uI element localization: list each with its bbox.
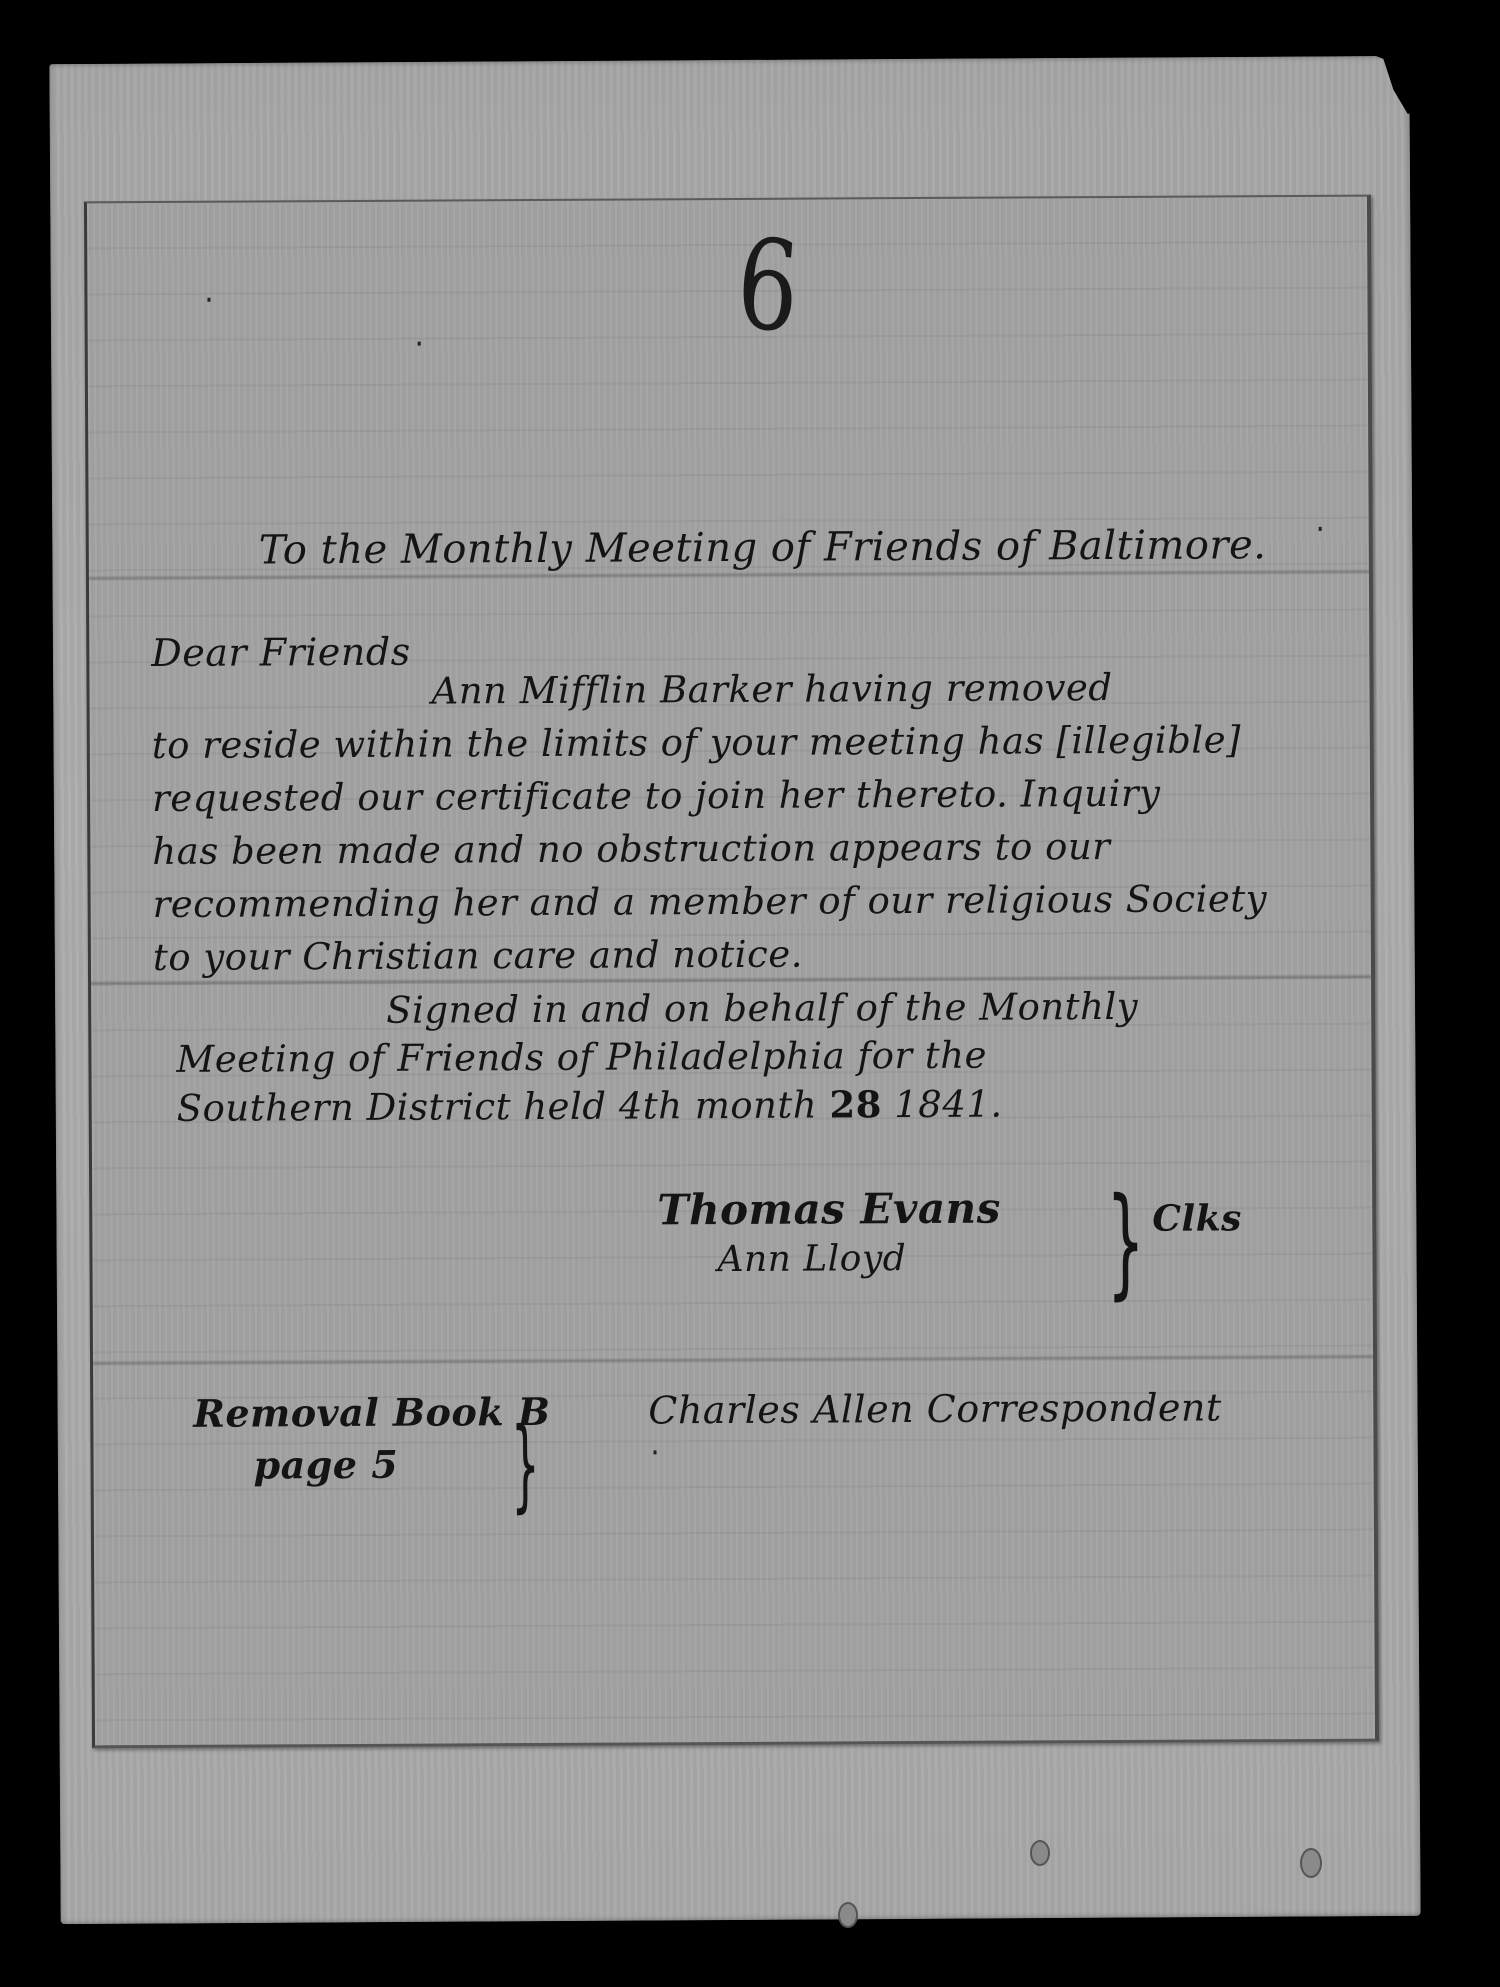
brace-icon: } [511,1406,540,1523]
signed-line: Signed in and on behalf of the Monthly [176,983,1138,1036]
paper-speck [1319,527,1322,531]
signature-thomas-evans: Thomas Evans [657,1184,1001,1236]
letter-sheet: 6 To the Monthly Meeting of Friends of B… [84,195,1379,1749]
signed-line: Meeting of Friends of Philadelphia for t… [176,1031,1138,1084]
torn-corner [1371,54,1411,114]
record-page: page 5 [193,1438,550,1492]
body-line: to your Christian care and notice. [153,925,1268,984]
paper-stain [1030,1840,1050,1866]
body-line: requested our certificate to join her th… [152,766,1267,825]
paper-stain [1300,1848,1322,1878]
paper-speck [207,298,210,302]
brace-icon: } [1106,1173,1145,1312]
clerks-label: Clks [1152,1197,1242,1239]
signed-line-text: Southern District held 4th month [177,1084,818,1130]
record-reference: Removal Book B page 5 [193,1386,551,1492]
signed-line: Southern District held 4th month 28 1841… [177,1079,1139,1133]
page-number: 6 [732,209,804,362]
body-line: recommending her and a member of our rel… [153,872,1268,931]
correspondent-line: Charles Allen Correspondent [648,1385,1222,1432]
paper-stain [838,1902,858,1928]
date-day: 28 [829,1082,882,1126]
paper-speck [654,1450,657,1454]
record-book: Removal Book B [193,1386,550,1440]
signatures: Thomas Evans Ann Lloyd [657,1184,1001,1286]
body-line: to reside within the limits of your meet… [152,713,1267,772]
signature-ann-lloyd: Ann Lloyd [657,1234,1001,1286]
letter-body: Ann Mifflin Barker having removed to res… [151,660,1267,984]
signing-statement: Signed in and on behalf of the Monthly M… [176,983,1139,1133]
fold-line [93,1354,1373,1367]
address-line: To the Monthly Meeting of Friends of Bal… [259,522,1267,573]
paper-speck [418,342,421,346]
date-year: 1841. [894,1083,1003,1127]
body-line: Ann Mifflin Barker having removed [151,660,1266,719]
body-line: has been made and no obstruction appears… [152,819,1267,878]
